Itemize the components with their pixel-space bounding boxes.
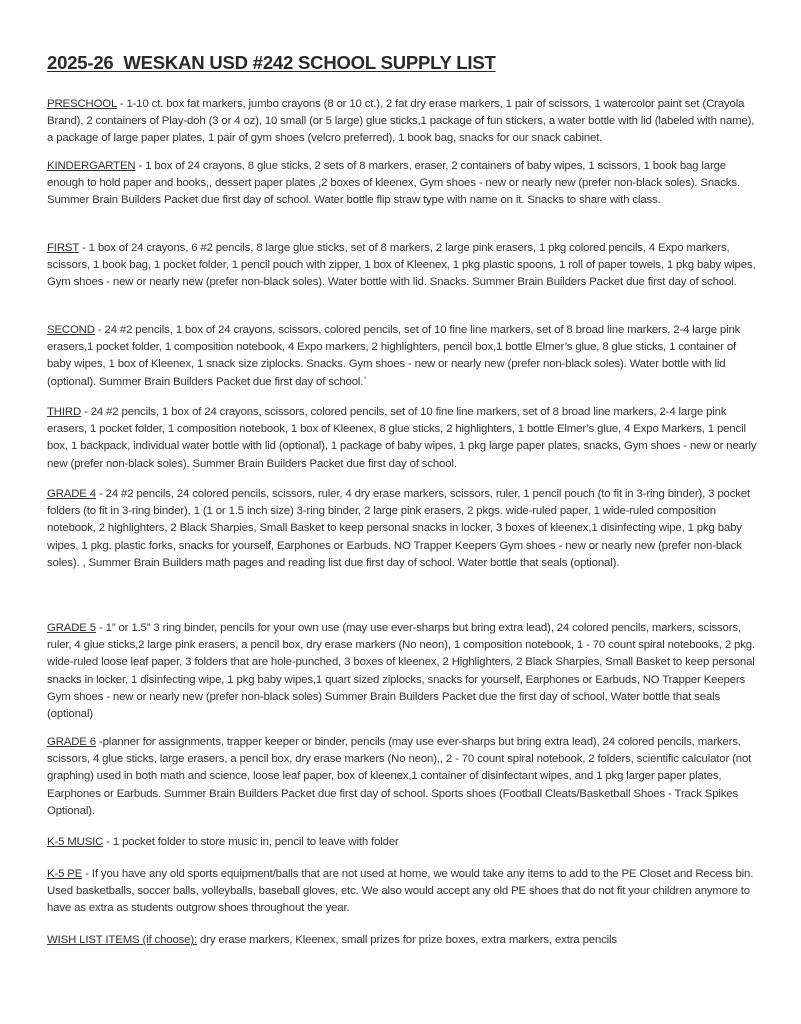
section-grade-6: GRADE 6 -planner for assignments, trappe…	[47, 734, 763, 820]
section-text: - 24 #2 pencils, 1 box of 24 crayons, sc…	[47, 406, 756, 470]
page-title: 2025-26 WESKAN USD #242 SCHOOL SUPPLY LI…	[47, 52, 496, 74]
section-preschool: PRESCHOOL - 1-10 ct. box fat markers, ju…	[47, 96, 763, 148]
section-heading: WISH LIST ITEMS (if choose):	[47, 934, 197, 946]
section-k5-pe: K-5 PE - If you have any old sports equi…	[47, 866, 763, 918]
section-heading: GRADE 5	[47, 622, 96, 634]
section-heading: GRADE 4	[47, 488, 96, 500]
section-text: dry erase markers, Kleenex, small prizes…	[197, 934, 617, 946]
section-heading: GRADE 6	[47, 736, 96, 748]
section-third: THIRD - 24 #2 pencils, 1 box of 24 crayo…	[47, 404, 763, 473]
section-text: - 1-10 ct. box fat markers, jumbo crayon…	[47, 98, 754, 144]
section-k5-music: K-5 MUSIC - 1 pocket folder to store mus…	[47, 834, 763, 851]
section-heading: K-5 PE	[47, 868, 82, 880]
section-text: - 24 #2 pencils, 1 box of 24 crayons, sc…	[47, 324, 740, 388]
section-grade-5: GRADE 5 - 1” or 1.5” 3 ring binder, penc…	[47, 620, 763, 723]
section-kindergarten: KINDERGARTEN - 1 box of 24 crayons, 8 gl…	[47, 158, 763, 210]
section-first: FIRST - 1 box of 24 crayons, 6 #2 pencil…	[47, 240, 763, 292]
section-heading: SECOND	[47, 324, 95, 336]
section-text: - If you have any old sports equipment/b…	[47, 868, 753, 914]
section-heading: K-5 MUSIC	[47, 836, 103, 848]
section-wish-list: WISH LIST ITEMS (if choose): dry erase m…	[47, 932, 763, 949]
section-text: -planner for assignments, trapper keeper…	[47, 736, 751, 817]
section-heading: THIRD	[47, 406, 81, 418]
section-heading: PRESCHOOL	[47, 98, 117, 110]
section-text: - 1 box of 24 crayons, 8 glue sticks, 2 …	[47, 160, 740, 206]
section-text: - 24 #2 pencils, 24 colored pencils, sci…	[47, 488, 750, 569]
section-text: - 1 box of 24 crayons, 6 #2 pencils, 8 l…	[47, 242, 756, 288]
section-grade-4: GRADE 4 - 24 #2 pencils, 24 colored penc…	[47, 486, 763, 572]
section-heading: KINDERGARTEN	[47, 160, 136, 172]
section-text: - 1” or 1.5” 3 ring binder, pencils for …	[47, 622, 755, 720]
section-heading: FIRST	[47, 242, 79, 254]
section-second: SECOND - 24 #2 pencils, 1 box of 24 cray…	[47, 322, 763, 391]
section-text: - 1 pocket folder to store music in, pen…	[103, 836, 398, 848]
